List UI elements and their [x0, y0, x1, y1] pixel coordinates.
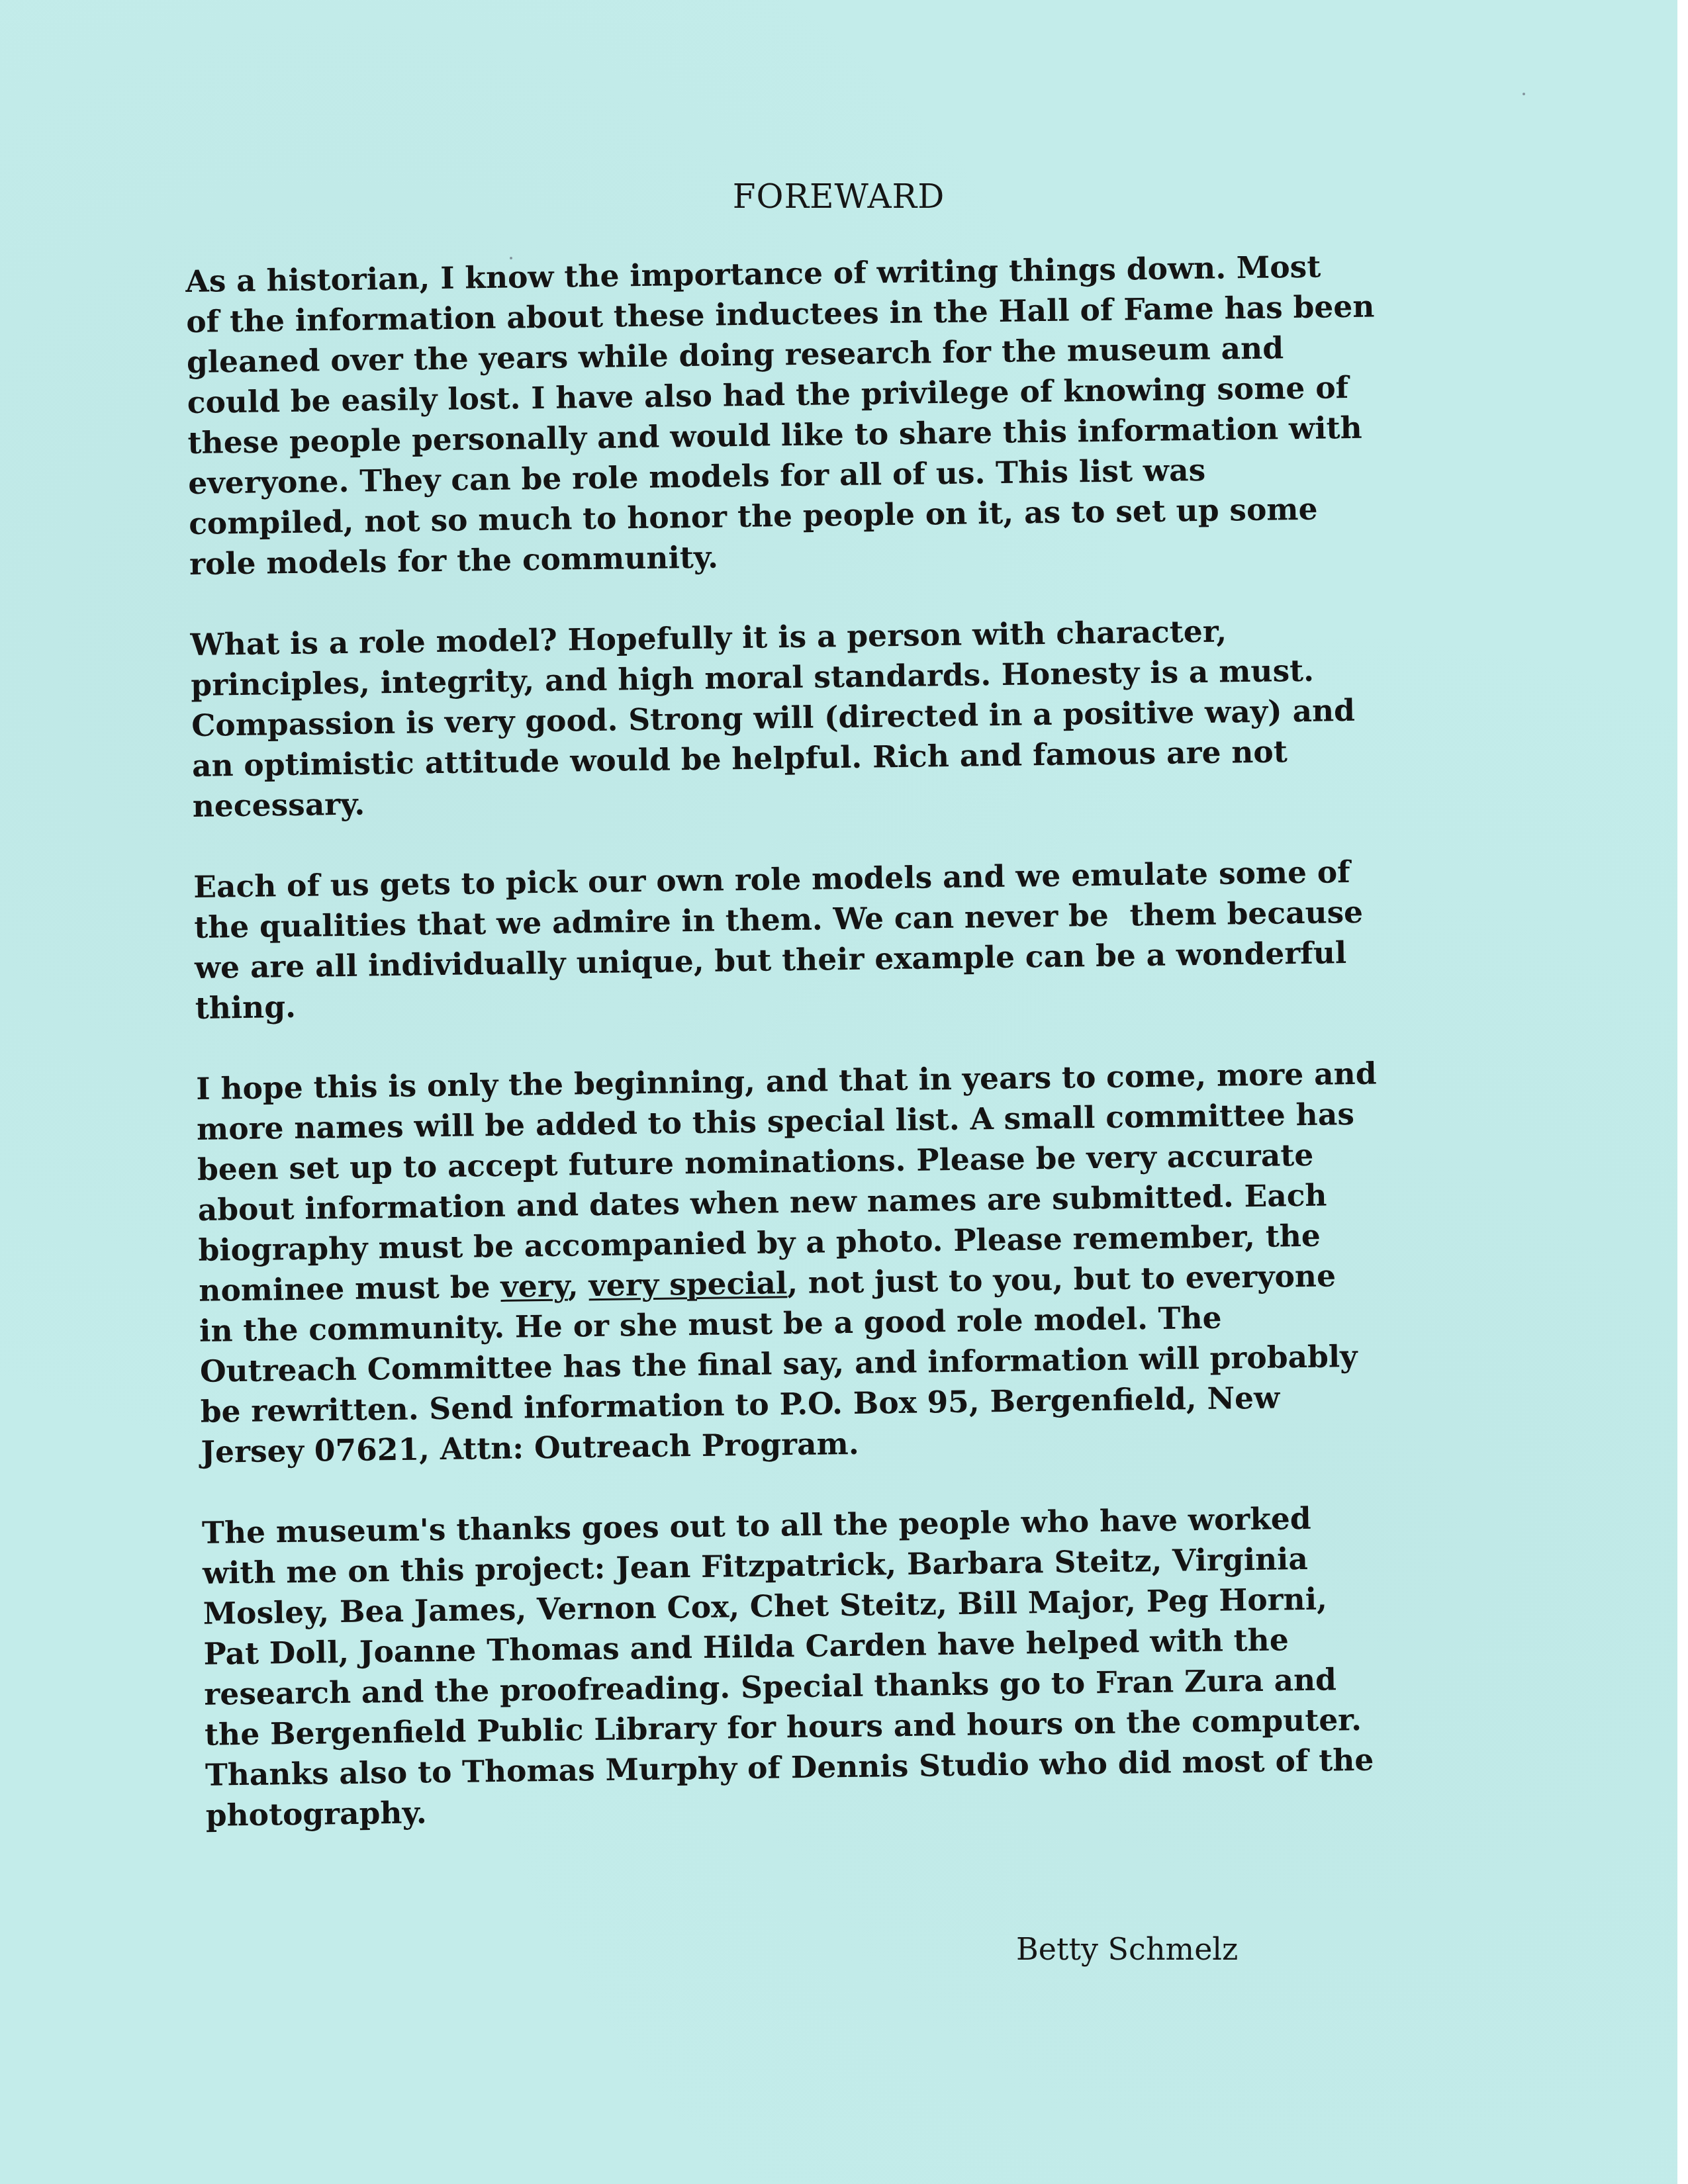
paper-speck: [1523, 93, 1525, 95]
underlined-very-special: very special: [588, 1265, 787, 1303]
paragraph-intro: As a historian, I know the importance of…: [185, 244, 1500, 584]
paragraph-emulate: Each of us gets to pick our own role mod…: [193, 850, 1506, 1028]
document-body: As a historian, I know the importance of…: [185, 244, 1517, 1876]
document-title: FOREWARD: [0, 177, 1677, 216]
text-fragment: ,: [567, 1267, 588, 1303]
paragraph-role-model: What is a role model? Hopefully it is a …: [190, 608, 1503, 827]
text-fragment: , not just to you, but to everyone: [787, 1257, 1336, 1300]
paper-page: FOREWARD As a historian, I know the impo…: [0, 0, 1677, 2184]
author-signature: Betty Schmelz: [1016, 1931, 1238, 1967]
paragraph-thanks: The museum's thanks goes out to all the …: [202, 1496, 1517, 1836]
underlined-very: very: [500, 1268, 568, 1304]
text-fragment: nominee must be: [199, 1269, 501, 1308]
paragraph-nominations: I hope this is only the beginning, and t…: [196, 1052, 1512, 1473]
